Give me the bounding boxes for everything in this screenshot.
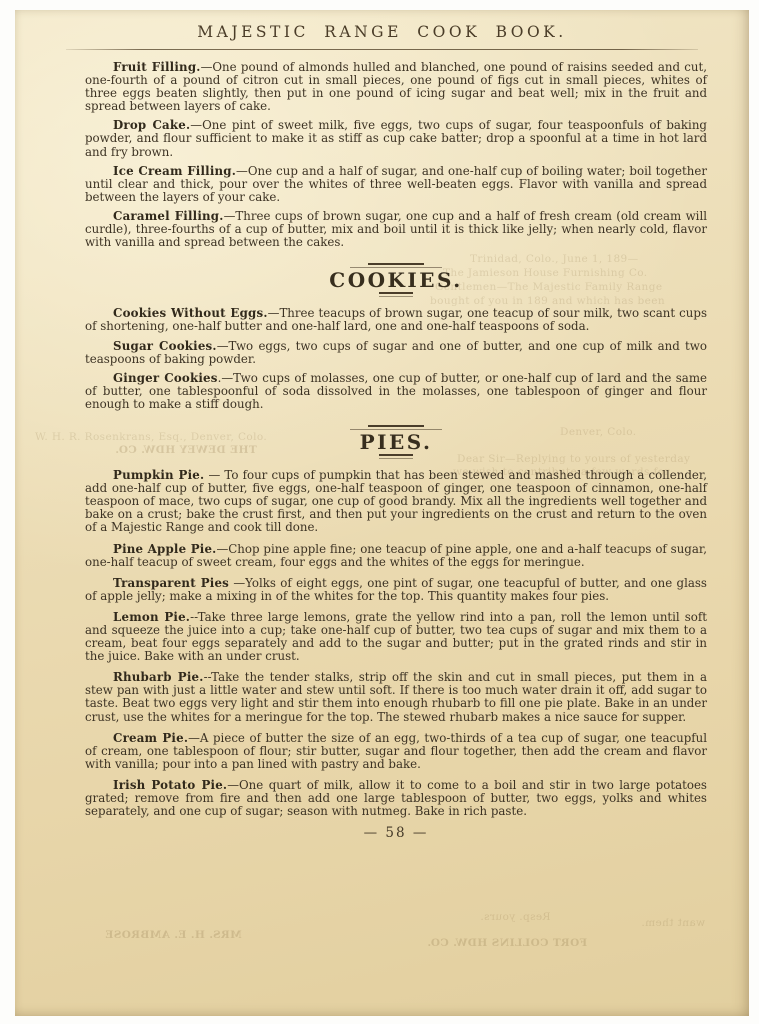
recipe-irish-potato-pie: Irish Potato Pie.—One quart of milk, all… xyxy=(85,779,707,818)
recipe-caramel-filling: Caramel Filling.—Three cups of brown sug… xyxy=(85,210,707,249)
heading-rule-divider xyxy=(368,425,424,427)
recipe-title: Sugar Cookies. xyxy=(113,339,217,353)
recipe-rhubarb-pie: Rhubarb Pie.--Take the tender stalks, st… xyxy=(85,671,707,723)
recipe-ginger-cookies: Ginger Cookies.—Two cups of molasses, on… xyxy=(85,372,707,411)
recipe-title: Ice Cream Filling. xyxy=(113,164,236,178)
recipe-lemon-pie: Lemon Pie.--Take three large lemons, gra… xyxy=(85,611,707,663)
recipe-title: Rhubarb Pie. xyxy=(113,670,204,684)
recipe-title: Cookies Without Eggs. xyxy=(113,306,268,320)
heading-rule-divider xyxy=(379,296,413,297)
page-content: Fruit Filling.—One pound of almonds hull… xyxy=(15,61,749,840)
recipe-title: Transparent Pies xyxy=(113,576,229,590)
recipe-ice-cream-filling: Ice Cream Filling.—One cup and a half of… xyxy=(85,165,707,204)
recipe-title: Lemon Pie. xyxy=(113,610,190,624)
recipe-title: Fruit Filling. xyxy=(113,60,201,74)
section-title-cookies: COOKIES. xyxy=(85,274,707,287)
recipe-cookies-without-eggs: Cookies Without Eggs.—Three teacups of b… xyxy=(85,307,707,333)
heading-rule-divider xyxy=(368,263,424,265)
bleedthrough-text: FORT COLLINS HDW. CO. xyxy=(427,937,587,949)
bleedthrough-text: MRS. H. E. AMBROSE xyxy=(105,929,242,941)
header-rule-divider xyxy=(66,49,698,50)
recipe-title: Cream Pie. xyxy=(113,731,188,745)
recipe-sugar-cookies: Sugar Cookies.—Two eggs, two cups of sug… xyxy=(85,340,707,366)
pies-section-heading: PIES. xyxy=(85,425,707,459)
recipe-drop-cake: Drop Cake.—One pint of sweet milk, five … xyxy=(85,119,707,158)
recipe-title: Pine Apple Pie. xyxy=(113,542,216,556)
recipe-pine-apple-pie: Pine Apple Pie.—Chop pine apple fine; on… xyxy=(85,543,707,569)
page-number: — 58 — xyxy=(85,827,707,840)
recipe-pumpkin-pie: Pumpkin Pie. — To four cups of pumpkin t… xyxy=(85,469,707,534)
page-header: MAJESTIC RANGE COOK BOOK. xyxy=(15,10,749,50)
section-cookies: COOKIES. Cookies Without Eggs.—Three tea… xyxy=(85,263,707,411)
recipe-title: Caramel Filling. xyxy=(113,209,224,223)
heading-rule-divider xyxy=(379,458,413,459)
heading-rule-divider xyxy=(379,292,413,294)
section-pies: PIES. Pumpkin Pie. — To four cups of pum… xyxy=(85,425,707,818)
recipe-fruit-filling: Fruit Filling.—One pound of almonds hull… xyxy=(85,61,707,113)
recipe-title: Ginger Cookies xyxy=(113,371,218,385)
recipe-transparent-pies: Transparent Pies —Yolks of eight eggs, o… xyxy=(85,577,707,603)
recipe-cream-pie: Cream Pie.—A piece of butter the size of… xyxy=(85,732,707,771)
recipe-title: Irish Potato Pie. xyxy=(113,778,227,792)
heading-rule-divider xyxy=(379,454,413,456)
scanned-book-page: Trinidad, Colo., June 1, 189— The Jamies… xyxy=(15,10,749,1016)
section-title-pies: PIES. xyxy=(85,436,707,449)
bleedthrough-text: want them. xyxy=(641,917,705,929)
cookies-section-heading: COOKIES. xyxy=(85,263,707,297)
recipe-title: Drop Cake. xyxy=(113,118,190,132)
book-title: MAJESTIC RANGE COOK BOOK. xyxy=(15,23,749,41)
recipe-title: Pumpkin Pie. xyxy=(113,468,204,482)
section-cake-fillings: Fruit Filling.—One pound of almonds hull… xyxy=(85,61,707,249)
bleedthrough-text: Resp. yours. xyxy=(480,911,550,923)
